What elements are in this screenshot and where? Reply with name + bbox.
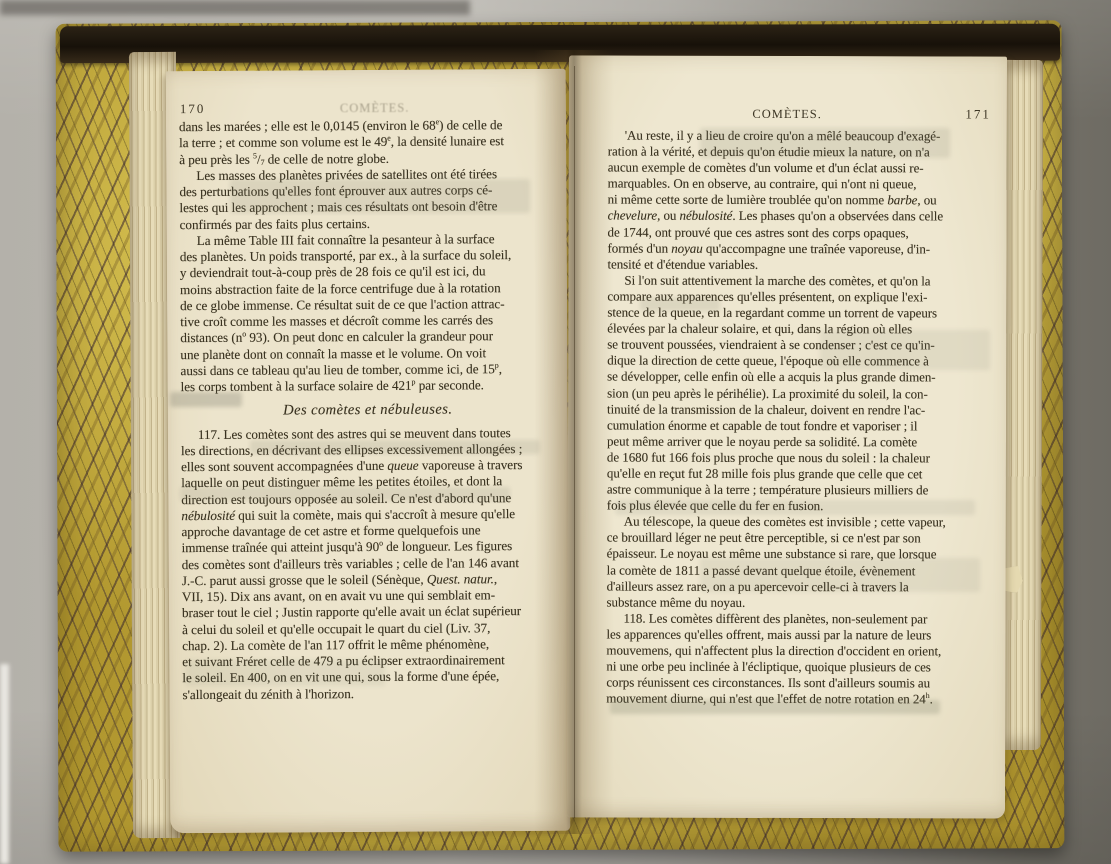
text-line: élevées par la chaleur solaire, et qui, … [607,321,991,338]
right-page-number: 171 [965,106,991,122]
text-line: aucun exemple de comètes d'un volume et … [608,160,992,177]
paragraph: Les masses des planètes privées de satel… [179,166,553,233]
text-line: de ce globe immense. Ce résultat suit de… [180,296,554,315]
text-line: ce brouillard léger ne peut être percept… [607,530,991,547]
text-line: peut même arriver que le noyau perde sa … [607,433,991,450]
text-line: braser tout le ciel ; Justin rapporte qu… [182,603,556,622]
text-line: aussi dans ce tableau qu'au lieu de tomb… [180,361,554,380]
text-line: immense traînée qui atteint jusqu'à 90o … [182,538,556,557]
text-line: sion (un peu après le périhélie). La pro… [607,385,991,402]
text-line: formés d'un noyau qu'accompagne une traî… [607,240,991,257]
text-line: d'ailleurs assez rare, on a pu apercevoi… [607,578,991,595]
text-line: laquelle on peut distinguer même les pet… [181,473,555,492]
text-line: lestes qui les approchent ; mais ces rés… [179,198,553,217]
left-running-head: COMÈTES. [205,100,544,117]
background-shadow [0,0,470,15]
paragraph: Si l'on suit attentivement la marche des… [607,272,992,514]
left-page-header: 170 COMÈTES. [166,99,566,117]
text-line: substance même du noyau. [607,594,991,611]
text-line: cumulation énorme et capable de tout fon… [607,417,991,434]
text-line: compare aux apparences qu'elles présente… [607,288,991,305]
right-page-text: 'Au reste, il y a lieu de croire qu'on a… [606,128,992,708]
text-line: fois plus élevée que celle du fer en fus… [607,498,991,515]
text-line: astre communique à la terre ; températur… [607,482,991,499]
text-line: 118. Les comètes diffèrent des planètes,… [607,610,991,627]
text-line: s'allongeait du zénith à l'horizon. [182,684,556,703]
text-line: ration à la vérité, et depuis qu'on étud… [608,144,992,161]
book-photo: 170 COMÈTES. dans les marées ; elle est … [0,0,1111,864]
text-line: tinuité de la transmission de la chaleur… [607,401,991,418]
text-line: les apparences qu'elles offrent, mais au… [606,626,990,643]
text-line: des planètes. Un poids transporté, par e… [180,247,554,266]
text-line: direction est toujours opposée au soleil… [181,489,555,508]
text-line: des comètes sont d'ailleurs très variabl… [182,554,556,573]
text-line: les corps tombent à la surface solaire d… [181,377,555,396]
text-line: se trouvent poussées, viendraient à se c… [607,337,991,354]
text-line: marquables. On en observe, au contraire,… [608,176,992,193]
text-line: stence de la queue, en la regardant comm… [607,305,991,322]
text-line: la terre ; et comme son volume est le 49… [179,133,553,152]
text-line: de 1680 fut 166 fois plus proche que nou… [607,449,991,466]
background-highlight [0,664,9,864]
text-line: se développer, celle enfin où elle a acq… [607,369,991,386]
paragraph: dans les marées ; elle est le 0,0145 (en… [179,117,553,168]
right-page-header: COMÈTES. 171 [569,105,1007,122]
paragraph: 118. Les comètes diffèrent des planètes,… [606,610,990,708]
text-line: chevelure, ou nébulosité. Les phases qu'… [608,208,992,225]
text-line: de 1744, ont prouvé que ces astres sont … [608,224,992,241]
text-line: Au télescope, la queue des comètes est i… [607,514,991,531]
paragraph: 117. Les comètes sont des astres qui se … [181,424,557,703]
paragraph: Au télescope, la queue des comètes est i… [607,514,991,612]
text-line: la comète de 1811 a passé devant quelque… [607,562,991,579]
paragraph: 'Au reste, il y a lieu de croire qu'on a… [607,128,991,274]
text-line: épaisseur. Le noyau est même une substan… [607,546,991,563]
right-running-head: COMÈTES. [609,107,966,123]
text-line: moins abstraction faite de la force cent… [180,279,554,298]
left-page: 170 COMÈTES. dans les marées ; elle est … [166,69,571,833]
text-line: 117. Les comètes sont des astres qui se … [181,424,555,443]
section-heading: Des comètes et nébuleuses. [181,401,555,420]
text-line: et suivant Fréret celle de 479 a pu écli… [182,652,556,671]
left-page-text: dans les marées ; elle est le 0,0145 (en… [179,117,557,703]
paragraph: La même Table III fait connaître la pesa… [180,231,555,396]
text-line: mouvement diurne, qui n'est que l'effet … [606,691,990,708]
text-line: 'Au reste, il y a lieu de croire qu'on a… [608,128,992,145]
text-line: ni une orbe peu inclinée à l'écliptique,… [606,659,990,676]
text-line: ni même cette sorte de lumière troublée … [608,192,992,209]
text-line: Si l'on suit attentivement la marche des… [607,272,991,289]
page-edges-right [1002,60,1043,750]
text-line: qu'elle en reçut fut 28 mille fois plus … [607,465,991,482]
text-line: dique la direction de cette queue, l'épo… [607,353,991,370]
text-line: mouvemens, qui n'affectent plus la direc… [606,643,990,660]
left-page-number: 170 [180,101,206,117]
text-line: nébulosité qui suit la comète, mais qui … [181,506,555,525]
text-line: corps réunissent ces circonstances. Ils … [606,675,990,692]
right-page: COMÈTES. 171 'Au reste, il y a lieu de c… [567,55,1007,818]
text-line: tensité et d'étendue variables. [607,256,991,273]
